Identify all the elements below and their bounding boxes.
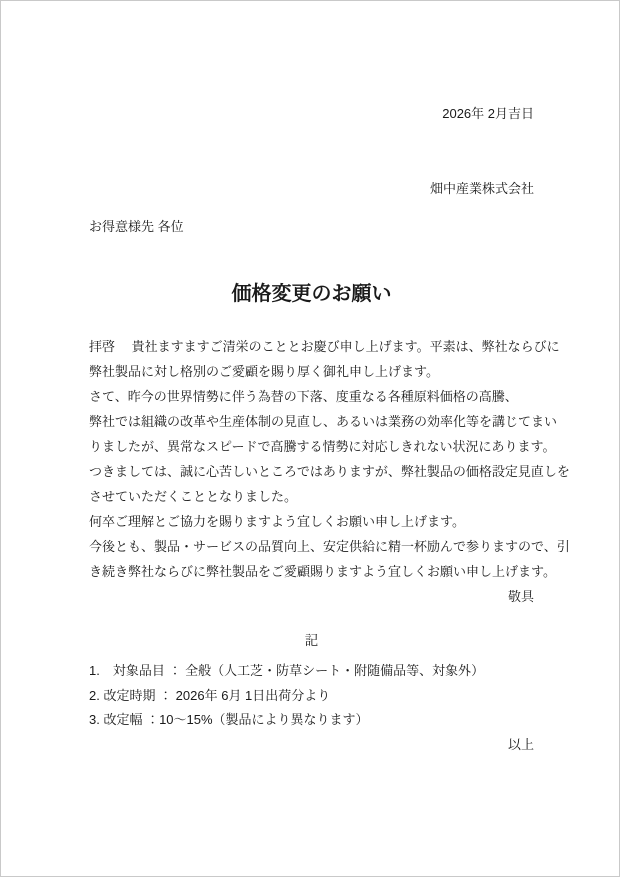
note-heading: 記 [89, 631, 534, 651]
body-line: 今後とも、製品・サービスの品質向上、安定供給に精一杯励んで参りますので、引 [89, 534, 534, 559]
note-item: 1. 対象品目 ： 全般（人工芝・防草シート・附随備品等、対象外） [89, 659, 534, 684]
body-line: 弊社製品に対し格別のご愛顧を賜り厚く御礼申し上げます。 [89, 359, 534, 384]
body-line: さて、昨今の世界情勢に伴う為替の下落、度重なる各種原料価格の高騰、 [89, 384, 534, 409]
body-line: き続き弊社ならびに弊社製品をご愛顧賜りますよう宜しくお願い申し上げます。 [89, 559, 534, 584]
closing-keigu: 敬具 [89, 584, 534, 609]
body-line: 拝啓 貴社ますますご清栄のこととお慶び申し上げます。平素は、弊社ならびに [89, 334, 534, 359]
body-line: 何卒ご理解とご協力を賜りますよう宜しくお願い申し上げます。 [89, 509, 534, 534]
letter-body: 拝啓 貴社ますますご清栄のこととお慶び申し上げます。平素は、弊社ならびに 弊社製… [89, 334, 534, 584]
body-line: させていただくこととなりました。 [89, 484, 534, 509]
letter-page: 2026年 2月吉日 畑中産業株式会社 お得意様先 各位 価格変更のお願い 拝啓… [0, 0, 620, 877]
note-list: 1. 対象品目 ： 全般（人工芝・防草シート・附随備品等、対象外） 2. 改定時… [89, 659, 534, 733]
body-line: りましたが、異常なスピードで高騰する情勢に対応しきれない状況にあります。 [89, 434, 534, 459]
body-line: つきましては、誠に心苦しいところではありますが、弊社製品の価格設定見直しを [89, 459, 534, 484]
note-item: 3. 改定幅 ：10～15%（製品により異なります） [89, 708, 534, 733]
body-line: 弊社では組織の改革や生産体制の見直し、あるいは業務の効率化等を講じてまい [89, 409, 534, 434]
end-marker: 以上 [89, 735, 534, 755]
note-item: 2. 改定時期 ： 2026年 6月 1日出荷分より [89, 684, 534, 709]
date-line: 2026年 2月吉日 [89, 104, 534, 124]
letter-title: 価格変更のお願い [89, 280, 534, 308]
recipient-line: お得意様先 各位 [89, 217, 534, 237]
sender-company: 畑中産業株式会社 [89, 179, 534, 199]
